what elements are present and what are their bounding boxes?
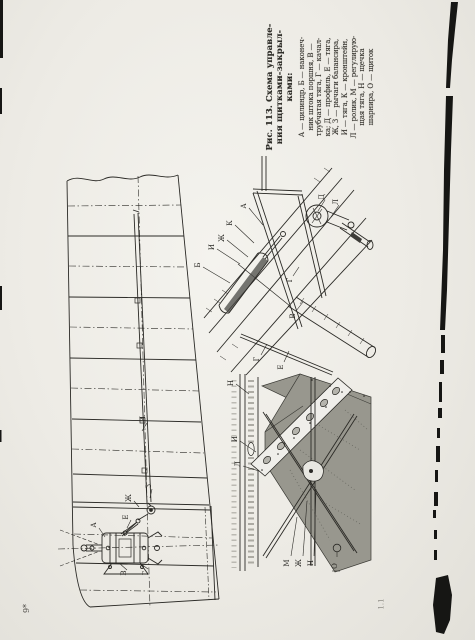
figure-label: К bbox=[226, 220, 234, 226]
figure-label: Г bbox=[142, 570, 150, 575]
figure-label: Е bbox=[277, 364, 285, 369]
actuator-detail-view bbox=[203, 156, 377, 375]
figure-label: А bbox=[240, 203, 248, 209]
figure-label: Г bbox=[253, 356, 261, 361]
figure-label: И bbox=[231, 436, 239, 442]
hinge-detail-view bbox=[234, 374, 371, 572]
wing-labels: И З Ж Е А В Г bbox=[90, 416, 153, 576]
scanned-page: Рис. 113. Схема управле- ния щитками-зак… bbox=[0, 0, 475, 640]
figure-label: Н bbox=[227, 380, 235, 386]
figure-label: Н bbox=[307, 560, 315, 566]
figure-label: Б bbox=[194, 262, 202, 267]
figure-label: Л bbox=[332, 199, 340, 205]
figure-label: З bbox=[145, 484, 153, 488]
figure-label: А bbox=[90, 522, 98, 528]
wing-plan-view bbox=[58, 175, 219, 608]
figure-label: Е bbox=[122, 514, 130, 519]
figure-label: Г bbox=[286, 277, 294, 282]
figure-label: В bbox=[120, 570, 128, 575]
figure-label: И bbox=[208, 244, 216, 250]
scan-edge-artifacts bbox=[0, 0, 458, 634]
page-number: 1.1 bbox=[378, 598, 386, 609]
figure-label: Ж bbox=[218, 234, 226, 242]
figure-label: Ж bbox=[295, 559, 303, 567]
figure-label: Л bbox=[234, 461, 242, 467]
signature-mark: 9* bbox=[22, 604, 31, 613]
figure-label: М bbox=[283, 559, 291, 566]
figure-label: И bbox=[139, 416, 147, 422]
figure-drawing: И З Ж Е А В Г bbox=[0, 0, 475, 640]
figure-label: Ж bbox=[125, 494, 133, 502]
figure-label: В bbox=[289, 313, 297, 318]
figure-label: О bbox=[331, 563, 339, 569]
figure-label: Д bbox=[318, 194, 326, 200]
